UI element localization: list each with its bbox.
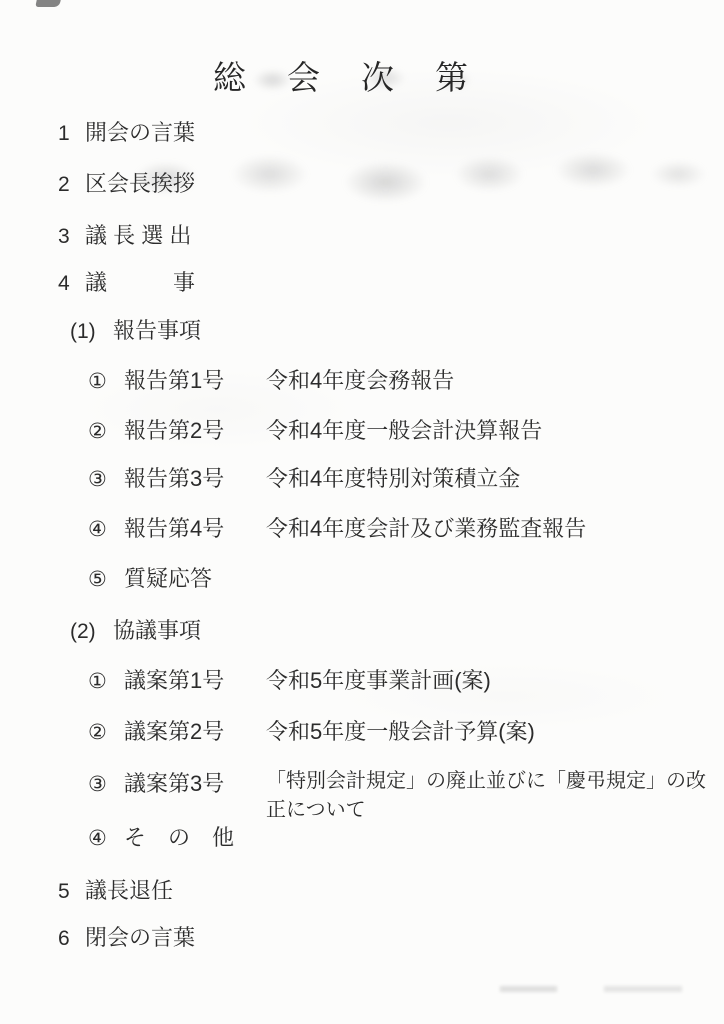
entry-report-3: ③報告第3号令和4年度特別対策積立金 bbox=[88, 462, 520, 493]
section-label: 協議事項 bbox=[113, 618, 201, 643]
bleed-through-artifact-body bbox=[105, 138, 715, 218]
item-label: 開会の言葉 bbox=[85, 120, 195, 145]
item-number: 1 bbox=[58, 122, 85, 146]
entry-description: 令和4年度特別対策積立金 bbox=[266, 462, 520, 493]
section-heading-reports: (1)報告事項 bbox=[70, 314, 201, 345]
item-number: 4 bbox=[58, 272, 85, 296]
entry-description: 令和4年度会計及び業務監査報告 bbox=[266, 512, 586, 543]
item-number: 3 bbox=[58, 225, 85, 249]
entry-case: 報告第4号 bbox=[124, 512, 266, 543]
item-label: 議 長 選 出 bbox=[85, 223, 191, 248]
agenda-item-4: 4議 事 bbox=[58, 266, 195, 297]
section-number: (1) bbox=[70, 320, 113, 344]
entry-case: 質疑応答 bbox=[124, 562, 266, 593]
entry-case: 議案第1号 bbox=[124, 664, 266, 695]
circled-number: ④ bbox=[88, 826, 124, 851]
circled-number: ① bbox=[88, 669, 124, 694]
agenda-item-1: 1開会の言葉 bbox=[58, 116, 195, 147]
entry-proposal-1: ①議案第1号令和5年度事業計画(案) bbox=[88, 664, 491, 695]
entry-report-1: ①報告第1号令和4年度会務報告 bbox=[88, 364, 454, 395]
circled-number: ③ bbox=[88, 772, 124, 797]
item-label: 区会長挨拶 bbox=[85, 171, 195, 196]
circled-number: ⑤ bbox=[88, 567, 124, 592]
entry-case: そ の 他 bbox=[124, 821, 266, 852]
entry-description: 令和5年度事業計画(案) bbox=[266, 664, 491, 695]
circled-number: ③ bbox=[88, 467, 124, 492]
item-label: 議 事 bbox=[85, 270, 195, 295]
entry-qa: ⑤質疑応答 bbox=[88, 562, 266, 593]
circled-number: ① bbox=[88, 369, 124, 394]
entry-report-4: ④報告第4号令和4年度会計及び業務監査報告 bbox=[88, 512, 586, 543]
entry-case: 報告第3号 bbox=[124, 462, 266, 493]
circled-number: ④ bbox=[88, 517, 124, 542]
entry-description: 令和5年度一般会計予算(案) bbox=[266, 715, 535, 746]
entry-description: 令和4年度一般会計決算報告 bbox=[266, 414, 542, 445]
item-number: 5 bbox=[58, 880, 85, 904]
entry-report-2: ②報告第2号令和4年度一般会計決算報告 bbox=[88, 414, 542, 445]
entry-case: 報告第2号 bbox=[124, 414, 266, 445]
agenda-item-6: 6閉会の言葉 bbox=[58, 921, 195, 952]
entry-case: 議案第2号 bbox=[124, 715, 266, 746]
entry-description: 「特別会計規定」の廃止並びに「慶弔規定」の改正について bbox=[266, 767, 721, 825]
item-number: 2 bbox=[58, 173, 85, 197]
entry-description: 令和4年度会務報告 bbox=[266, 364, 454, 395]
scan-artifact-corner-mark bbox=[35, 0, 60, 7]
entry-proposal-3: ③議案第3号「特別会計規定」の廃止並びに「慶弔規定」の改正について bbox=[88, 767, 721, 825]
agenda-item-3: 3議 長 選 出 bbox=[58, 219, 191, 250]
item-number: 6 bbox=[58, 927, 85, 951]
section-label: 報告事項 bbox=[113, 318, 201, 343]
agenda-item-5: 5議長退任 bbox=[58, 874, 173, 905]
page-title: 総 会 次 第 bbox=[213, 52, 472, 99]
circled-number: ② bbox=[88, 720, 124, 745]
entry-proposal-2: ②議案第2号令和5年度一般会計予算(案) bbox=[88, 715, 535, 746]
entry-case: 議案第3号 bbox=[124, 767, 266, 798]
entry-other: ④そ の 他 bbox=[88, 821, 266, 852]
scanned-agenda-page: 総 会 次 第 1開会の言葉 2区会長挨拶 3議 長 選 出 4議 事 (1)報… bbox=[0, 0, 724, 1024]
item-label: 閉会の言葉 bbox=[85, 925, 195, 950]
entry-case: 報告第1号 bbox=[124, 364, 266, 395]
agenda-item-2: 2区会長挨拶 bbox=[58, 167, 195, 198]
section-heading-deliberations: (2)協議事項 bbox=[70, 614, 201, 645]
scan-artifact-smudge bbox=[500, 986, 724, 992]
item-label: 議長退任 bbox=[85, 878, 173, 903]
circled-number: ② bbox=[88, 419, 124, 444]
section-number: (2) bbox=[70, 620, 113, 644]
